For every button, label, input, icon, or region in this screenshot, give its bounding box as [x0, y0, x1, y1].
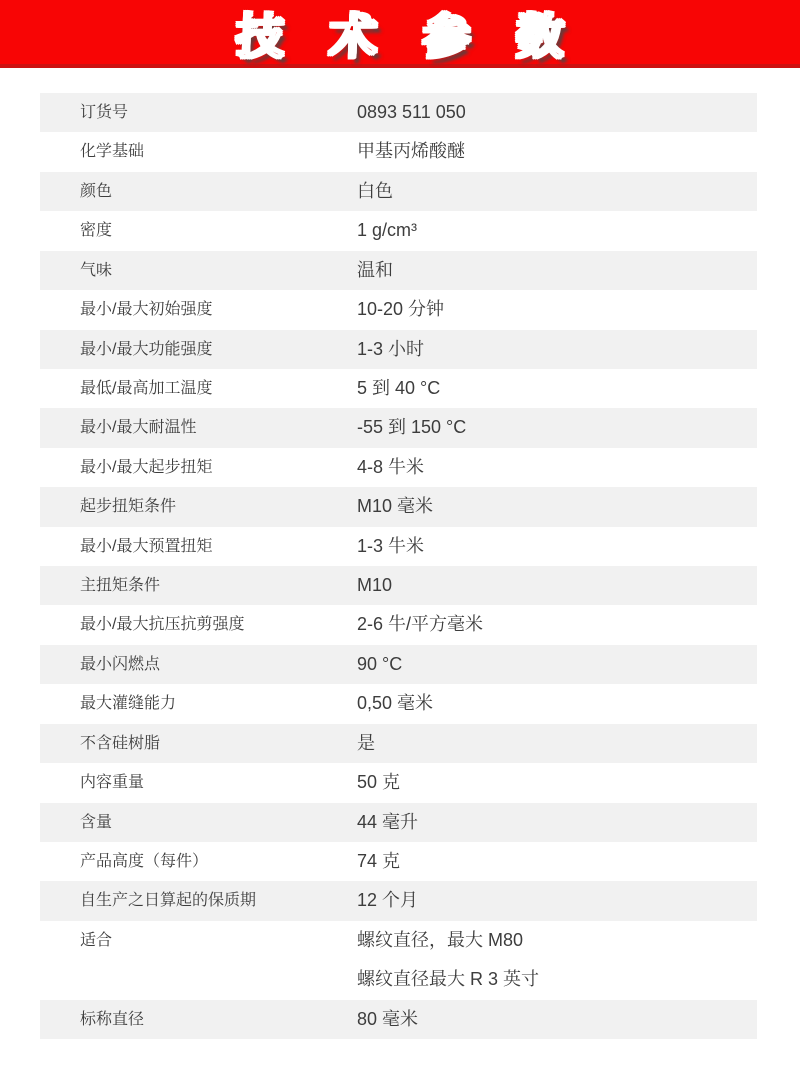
spec-label: 适合: [40, 921, 357, 960]
spec-label: 气味: [40, 251, 357, 290]
spec-value-line: 12 个月: [357, 881, 757, 920]
spec-value: 是: [357, 724, 757, 763]
spec-table: 订货号 0893 511 050 化学基础 甲基丙烯酸醚 颜色 白色 密度 1 …: [40, 93, 757, 1039]
spec-value: 1-3 牛米: [357, 527, 757, 566]
spec-label: 内容重量: [40, 763, 357, 802]
table-row: 标称直径 80 毫米: [40, 1000, 757, 1039]
spec-value-line: 44 毫升: [357, 803, 757, 842]
spec-label: 化学基础: [40, 132, 357, 171]
spec-value: 2-6 牛/平方毫米: [357, 605, 757, 644]
spec-value: 甲基丙烯酸醚: [357, 132, 757, 171]
spec-value-line: 4-8 牛米: [357, 448, 757, 487]
spec-label: 最小/最大预置扭矩: [40, 527, 357, 566]
table-row: 密度 1 g/cm³: [40, 211, 757, 250]
table-row: 化学基础 甲基丙烯酸醚: [40, 132, 757, 171]
spec-value: 5 到 40 °C: [357, 369, 757, 408]
table-row: 最小/最大起步扭矩 4-8 牛米: [40, 448, 757, 487]
spec-label: 标称直径: [40, 1000, 357, 1039]
table-row: 颜色 白色: [40, 172, 757, 211]
spec-value-line: 螺纹直径，最大 M80: [357, 921, 757, 960]
spec-value: M10: [357, 566, 757, 605]
spec-value: -55 到 150 °C: [357, 408, 757, 447]
spec-value-line: 74 克: [357, 842, 757, 881]
table-row: 最小闪燃点 90 °C: [40, 645, 757, 684]
spec-value: 50 克: [357, 763, 757, 802]
spec-value-line: 温和: [357, 251, 757, 290]
spec-value: M10 毫米: [357, 487, 757, 526]
table-row: 适合 螺纹直径，最大 M80螺纹直径最大 R 3 英寸: [40, 921, 757, 1000]
spec-value-line: 5 到 40 °C: [357, 369, 757, 408]
spec-value-line: 1-3 牛米: [357, 527, 757, 566]
spec-value: 74 克: [357, 842, 757, 881]
table-row: 最小/最大预置扭矩 1-3 牛米: [40, 527, 757, 566]
spec-value-line: M10 毫米: [357, 487, 757, 526]
table-row: 最低/最高加工温度 5 到 40 °C: [40, 369, 757, 408]
spec-label: 颜色: [40, 172, 357, 211]
table-row: 最小/最大抗压抗剪强度 2-6 牛/平方毫米: [40, 605, 757, 644]
spec-label: 最小/最大耐温性: [40, 408, 357, 447]
spec-value-line: 80 毫米: [357, 1000, 757, 1039]
table-row: 自生产之日算起的保质期 12 个月: [40, 881, 757, 920]
spec-label: 产品高度（每件）: [40, 842, 357, 881]
spec-value: 0,50 毫米: [357, 684, 757, 723]
spec-value-line: 10-20 分钟: [357, 290, 757, 329]
spec-value: 温和: [357, 251, 757, 290]
spec-value-line: 白色: [357, 172, 757, 211]
table-row: 起步扭矩条件 M10 毫米: [40, 487, 757, 526]
table-row: 不含硅树脂 是: [40, 724, 757, 763]
spec-value-line: 是: [357, 724, 757, 763]
spec-label: 含量: [40, 803, 357, 842]
header-banner: 技 术 参 数: [0, 0, 800, 68]
spec-value-line: 0893 511 050: [357, 93, 757, 132]
spec-label: 主扭矩条件: [40, 566, 357, 605]
spec-value-line: -55 到 150 °C: [357, 408, 757, 447]
table-row: 主扭矩条件 M10: [40, 566, 757, 605]
spec-value: 0893 511 050: [357, 93, 757, 132]
spec-value: 白色: [357, 172, 757, 211]
table-row: 内容重量 50 克: [40, 763, 757, 802]
spec-value-line: 螺纹直径最大 R 3 英寸: [357, 960, 757, 999]
table-row: 产品高度（每件） 74 克: [40, 842, 757, 881]
table-row: 最小/最大初始强度 10-20 分钟: [40, 290, 757, 329]
spec-value: 12 个月: [357, 881, 757, 920]
spec-value-line: M10: [357, 566, 757, 605]
spec-label: 起步扭矩条件: [40, 487, 357, 526]
spec-value-line: 1 g/cm³: [357, 211, 757, 250]
spec-value: 1 g/cm³: [357, 211, 757, 250]
spec-value-line: 90 °C: [357, 645, 757, 684]
spec-label: 最小/最大功能强度: [40, 330, 357, 369]
spec-value: 10-20 分钟: [357, 290, 757, 329]
spec-label: 最小闪燃点: [40, 645, 357, 684]
spec-label: 最小/最大起步扭矩: [40, 448, 357, 487]
spec-label: 密度: [40, 211, 357, 250]
spec-value-line: 50 克: [357, 763, 757, 802]
spec-value-line: 甲基丙烯酸醚: [357, 132, 757, 171]
table-row: 气味 温和: [40, 251, 757, 290]
spec-value: 80 毫米: [357, 1000, 757, 1039]
spec-value: 4-8 牛米: [357, 448, 757, 487]
page-title: 技 术 参 数: [219, 0, 581, 67]
spec-label: 订货号: [40, 93, 357, 132]
spec-value: 44 毫升: [357, 803, 757, 842]
table-row: 最大灌缝能力 0,50 毫米: [40, 684, 757, 723]
spec-value-line: 0,50 毫米: [357, 684, 757, 723]
table-row: 最小/最大耐温性 -55 到 150 °C: [40, 408, 757, 447]
spec-label: 自生产之日算起的保质期: [40, 881, 357, 920]
spec-label: 最大灌缝能力: [40, 684, 357, 723]
table-row: 含量 44 毫升: [40, 803, 757, 842]
spec-value: 1-3 小时: [357, 330, 757, 369]
spec-value: 螺纹直径，最大 M80螺纹直径最大 R 3 英寸: [357, 921, 757, 1000]
spec-value: 90 °C: [357, 645, 757, 684]
spec-label: 最小/最大抗压抗剪强度: [40, 605, 357, 644]
spec-value-line: 2-6 牛/平方毫米: [357, 605, 757, 644]
spec-label: 最小/最大初始强度: [40, 290, 357, 329]
table-row: 最小/最大功能强度 1-3 小时: [40, 330, 757, 369]
spec-label: 不含硅树脂: [40, 724, 357, 763]
spec-label: 最低/最高加工温度: [40, 369, 357, 408]
spec-value-line: 1-3 小时: [357, 330, 757, 369]
table-row: 订货号 0893 511 050: [40, 93, 757, 132]
